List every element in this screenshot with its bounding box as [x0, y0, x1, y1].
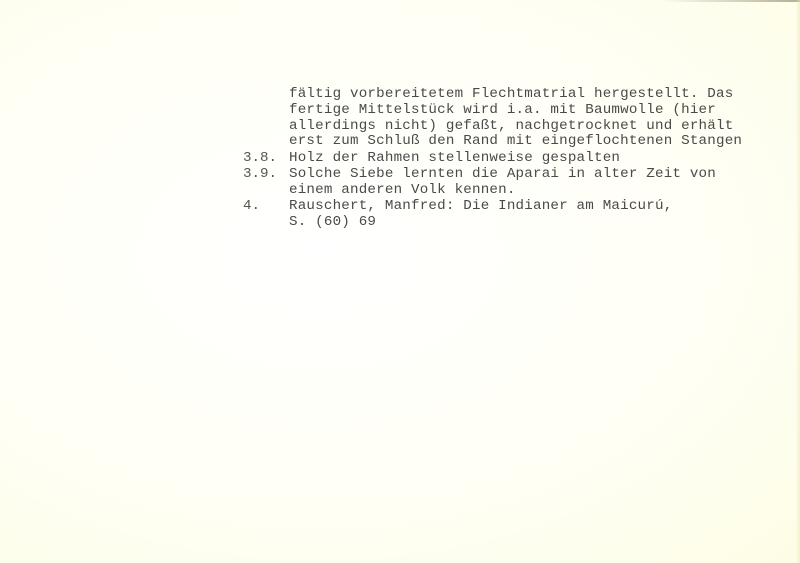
item-number: 4.: [243, 199, 289, 231]
item-text: Rauschert, Manfred: Die Indianer am Maic…: [289, 199, 672, 231]
item-3-9: 3.9. Solche Siebe lernten die Aparai in …: [243, 167, 716, 199]
text-line: Holz der Rahmen stellenweise gespalten: [289, 151, 620, 167]
text-line: einem anderen Volk kennen.: [289, 183, 716, 199]
item-4: 4. Rauschert, Manfred: Die Indianer am M…: [243, 199, 672, 231]
paper-card: [0, 0, 800, 563]
text-line: Solche Siebe lernten die Aparai in alter…: [289, 167, 716, 183]
paper-right-edge: [796, 0, 800, 563]
text-line: Rauschert, Manfred: Die Indianer am Maic…: [289, 199, 672, 215]
item-3-8: 3.8. Holz der Rahmen stellenweise gespal…: [243, 151, 620, 167]
paper-top-edge-shadow: [660, 0, 800, 2]
text-line: allerdings nicht) gefaßt, nachgetrocknet…: [289, 119, 742, 135]
text-line: fertige Mittelstück wird i.a. mit Baumwo…: [289, 103, 742, 119]
text-line: S. (60) 69: [289, 215, 672, 231]
text-line: fältig vorbereitetem Flechtmatrial herge…: [289, 87, 742, 103]
text-line: erst zum Schluß den Rand mit eingeflocht…: [289, 134, 742, 150]
item-number: 3.9.: [243, 167, 289, 199]
item-text: Holz der Rahmen stellenweise gespalten: [289, 151, 620, 167]
item-number: 3.8.: [243, 151, 289, 167]
continuation-paragraph: fältig vorbereitetem Flechtmatrial herge…: [289, 87, 742, 150]
item-text: Solche Siebe lernten die Aparai in alter…: [289, 167, 716, 199]
